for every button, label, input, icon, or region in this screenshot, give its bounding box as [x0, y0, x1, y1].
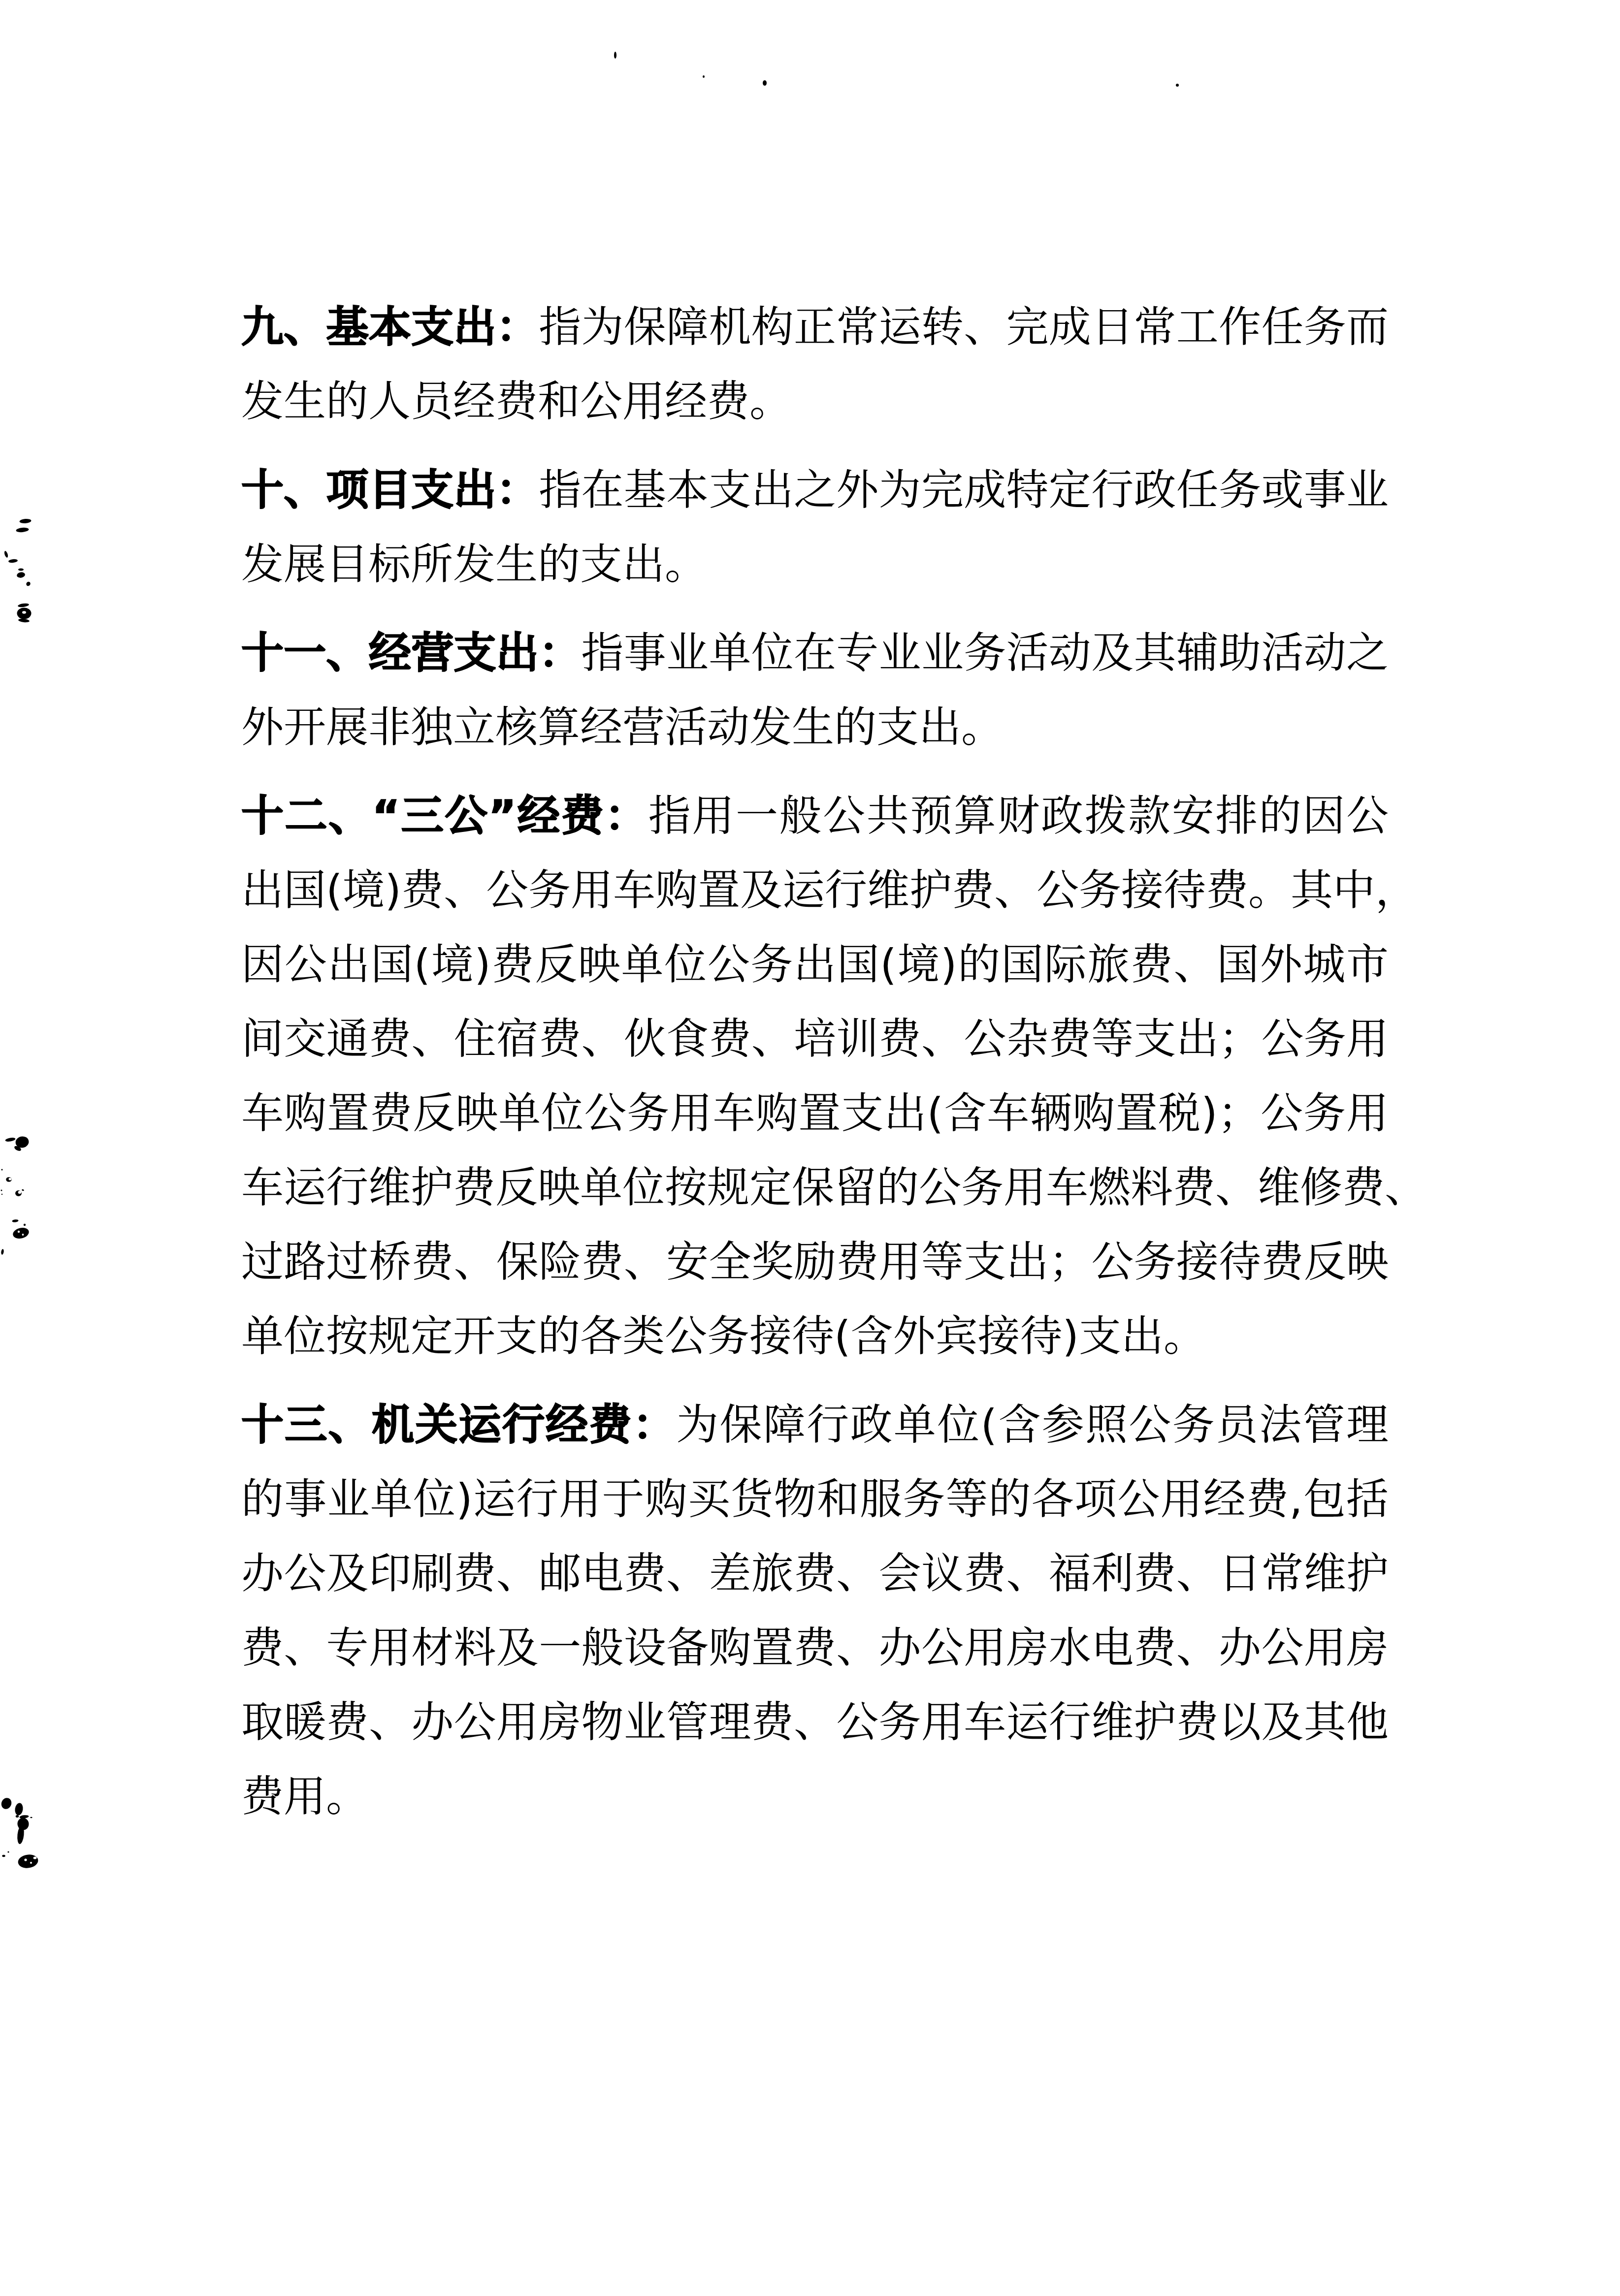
paragraph-text: 发生的人员经费和公用经费。 [241, 377, 792, 426]
text-line: 取暖费、办公用房物业管理费、公务用车运行维护费以及其他 [241, 1686, 1389, 1760]
text-line: 十一、经营支出：指事业单位在专业业务活动及其辅助活动之 [241, 616, 1389, 691]
document-body: 九、基本支出：指为保障机构正常运转、完成日常工作任务而 发生的人员经费和公用经费… [241, 290, 1389, 1849]
paragraph-text: 费、专用材料及一般设备购置费、办公用房水电费、办公用房 [241, 1624, 1389, 1673]
text-line: 十二、“三公”经费：指用一般公共预算财政拨款安排的因公 [241, 779, 1389, 854]
paragraph-text: 指用一般公共预算财政拨款安排的因公 [648, 792, 1389, 841]
text-line: 费、专用材料及一般设备购置费、办公用房水电费、办公用房 [241, 1611, 1389, 1686]
ink-smudge-cluster-top [2, 514, 37, 628]
paragraph-text: 车运行维护费反映单位按规定保留的公务用车燃料费、维修费、 [241, 1163, 1427, 1212]
text-line: 发展目标所发生的支出。 [241, 528, 1389, 602]
text-line: 出国(境)费、公务用车购置及运行维护费、公务接待费。其中， [241, 854, 1389, 928]
paragraph-heading: 十一、经营支出： [241, 629, 581, 678]
paragraph-text: 办公及印刷费、邮电费、差旅费、会议费、福利费、日常维护 [241, 1549, 1389, 1598]
paragraph-text: 出国(境)费、公务用车购置及运行维护费、公务接待费。其中， [241, 866, 1418, 915]
text-line: 十、项目支出：指在基本支出之外为完成特定行政任务或事业 [241, 453, 1389, 528]
paragraph-heading: 十三、机关运行经费： [241, 1401, 676, 1450]
paragraph-13-agency-operating-funds: 十三、机关运行经费：为保障行政单位(含参照公务员法管理 的事业单位)运行用于购买… [241, 1388, 1389, 1834]
text-line: 车运行维护费反映单位按规定保留的公务用车燃料费、维修费、 [241, 1151, 1389, 1225]
text-line: 因公出国(境)费反映单位公务出国(境)的国际旅费、国外城市 [241, 928, 1389, 1002]
paragraph-text: 指为保障机构正常运转、完成日常工作任务而 [539, 303, 1389, 352]
text-line: 办公及印刷费、邮电费、差旅费、会议费、福利费、日常维护 [241, 1537, 1389, 1611]
text-line: 十三、机关运行经费：为保障行政单位(含参照公务员法管理 [241, 1388, 1389, 1463]
paragraph-11-operating-expenditure: 十一、经营支出：指事业单位在专业业务活动及其辅助活动之 外开展非独立核算经营活动… [241, 616, 1389, 765]
paragraph-heading: 九、基本支出： [241, 303, 539, 352]
text-line: 的事业单位)运行用于购买货物和服务等的各项公用经费,包括 [241, 1463, 1389, 1537]
paragraph-text: 车购置费反映单位公务用车购置支出(含车辆购置税)；公务用 [241, 1089, 1389, 1138]
paragraph-text: 因公出国(境)费反映单位公务出国(境)的国际旅费、国外城市 [241, 940, 1389, 989]
paragraph-text: 发展目标所发生的支出。 [241, 540, 707, 589]
paragraph-text: 费用。 [241, 1772, 368, 1821]
paragraph-text: 指事业单位在专业业务活动及其辅助活动之 [581, 629, 1389, 678]
text-line: 间交通费、住宿费、伙食费、培训费、公杂费等支出；公务用 [241, 1002, 1389, 1077]
text-line: 九、基本支出：指为保障机构正常运转、完成日常工作任务而 [241, 290, 1389, 365]
scan-speck [703, 75, 705, 78]
paragraph-text: 取暖费、办公用房物业管理费、公务用车运行维护费以及其他 [241, 1698, 1389, 1747]
scan-speck [614, 52, 616, 59]
paragraph-heading: 十二、“三公”经费： [241, 792, 648, 841]
paragraph-10-project-expenditure: 十、项目支出：指在基本支出之外为完成特定行政任务或事业 发展目标所发生的支出。 [241, 453, 1389, 602]
paragraph-text: 为保障行政单位(含参照公务员法管理 [676, 1401, 1389, 1450]
paragraph-text: 单位按规定开支的各类公务接待(含外宾接待)支出。 [241, 1312, 1206, 1361]
paragraph-text: 的事业单位)运行用于购买货物和服务等的各项公用经费,包括 [241, 1475, 1389, 1524]
ink-smudge-cluster-bottom [0, 1794, 40, 1872]
scanned-document-page: { "page": { "background_color": "#ffffff… [0, 0, 1620, 2296]
paragraph-text: 外开展非独立核算经营活动发生的支出。 [241, 703, 1004, 752]
text-line: 费用。 [241, 1760, 1389, 1834]
paragraph-text: 指在基本支出之外为完成特定行政任务或事业 [539, 466, 1389, 515]
paragraph-9-basic-expenditure: 九、基本支出：指为保障机构正常运转、完成日常工作任务而 发生的人员经费和公用经费… [241, 290, 1389, 439]
paragraph-heading: 十、项目支出： [241, 466, 539, 515]
text-line: 外开展非独立核算经营活动发生的支出。 [241, 691, 1389, 765]
paragraph-text: 过路过桥费、保险费、安全奖励费用等支出；公务接待费反映 [241, 1238, 1389, 1287]
scan-speck [1176, 84, 1179, 87]
text-line: 发生的人员经费和公用经费。 [241, 365, 1389, 439]
text-line: 过路过桥费、保险费、安全奖励费用等支出；公务接待费反映 [241, 1225, 1389, 1300]
scan-speck [763, 80, 767, 86]
text-line: 车购置费反映单位公务用车购置支出(含车辆购置税)；公务用 [241, 1077, 1389, 1151]
text-line: 单位按规定开支的各类公务接待(含外宾接待)支出。 [241, 1300, 1389, 1374]
ink-smudge-cluster-middle [0, 1132, 32, 1258]
paragraph-12-three-public-funds: 十二、“三公”经费：指用一般公共预算财政拨款安排的因公 出国(境)费、公务用车购… [241, 779, 1389, 1374]
paragraph-text: 间交通费、住宿费、伙食费、培训费、公杂费等支出；公务用 [241, 1015, 1389, 1064]
